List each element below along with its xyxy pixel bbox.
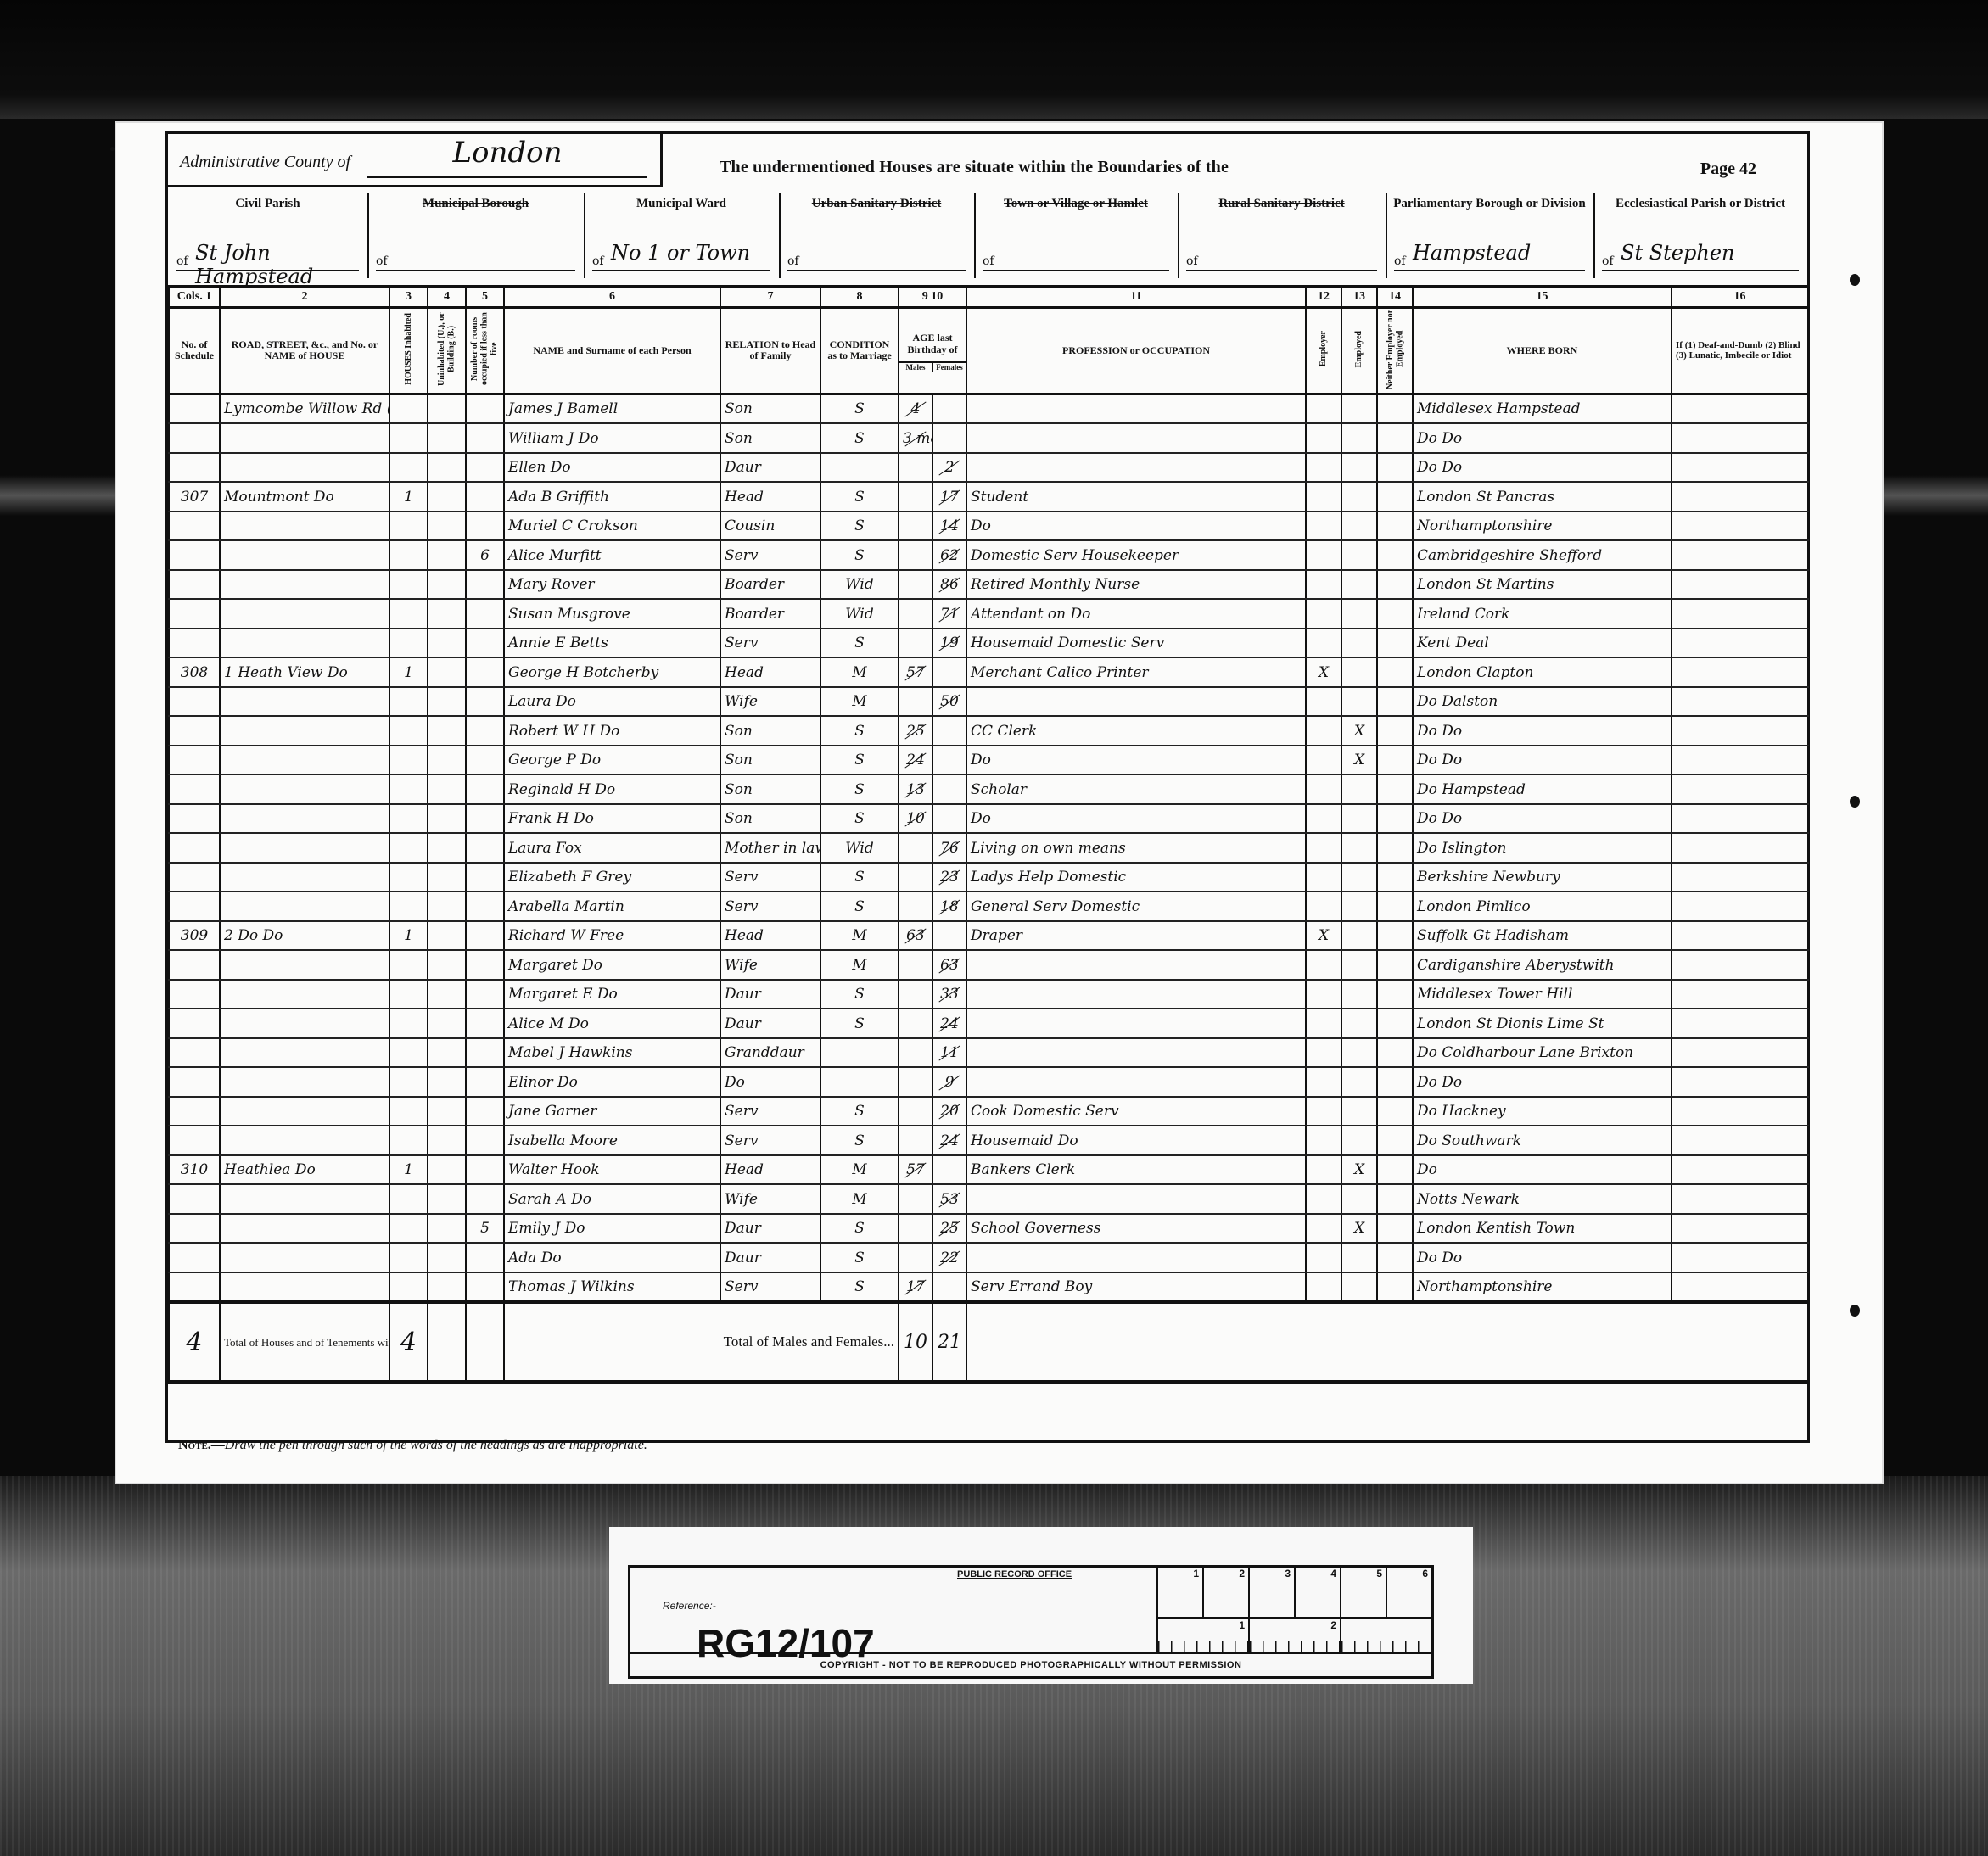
cell-age-female [932,774,966,804]
cell-infirmity [1672,570,1808,600]
cell-employed [1341,512,1377,541]
table-row: Elinor DoDo9Do Do [169,1067,1808,1097]
cell-age-female [932,716,966,746]
cell-where-born: Northamptonshire [1413,512,1672,541]
cell-neither [1377,980,1413,1009]
cell-employer [1306,482,1341,512]
cell-neither [1377,774,1413,804]
header-rooms: Number of rooms occupied if less than fi… [466,308,504,394]
cell-neither [1377,746,1413,775]
cell-employed [1341,892,1377,921]
header-age: AGE last Birthday of MalesFemales [899,308,966,394]
cell-address [220,833,389,863]
table-row: Robert W H DoSonS25CC ClerkXDo Do [169,716,1808,746]
table-row: Ellen DoDaur2Do Do [169,453,1808,483]
cell-condition [820,1038,899,1068]
punch-hole-icon [1850,796,1860,808]
cell-address [220,1184,389,1214]
table-row: Thomas J WilkinsServS17Serv Errand BoyNo… [169,1272,1808,1303]
cell-age-male: 17 [899,1272,932,1303]
cell-inhabited [389,1067,428,1097]
cell-occupation: Cook Domestic Serv [966,1097,1306,1126]
reference-label: Reference:- [663,1600,716,1612]
cell-infirmity [1672,540,1808,570]
cell-employed [1341,687,1377,717]
cell-address [220,687,389,717]
cell-neither [1377,1184,1413,1214]
table-row: Susan MusgroveBoarderWid71Attendant on D… [169,599,1808,629]
cell-relation: Serv [720,1272,820,1303]
cell-age-male: 63 [899,921,932,951]
cell-uninhabited [428,863,466,892]
cell-employed [1341,394,1377,423]
cell-occupation: Ladys Help Domestic [966,863,1306,892]
cell-inhabited [389,1009,428,1038]
cell-schedule-no [169,1214,220,1244]
table-row: 3081 Heath View Do1George H BotcherbyHea… [169,657,1808,687]
cell-age-female: 19 [932,629,966,658]
cell-uninhabited [428,687,466,717]
cell-condition: M [820,657,899,687]
cell-employed [1341,921,1377,951]
table-row: 307Mountmont Do1Ada B GriffithHeadS17Stu… [169,482,1808,512]
cell-person-name: Elizabeth F Grey [504,863,720,892]
cell-occupation: Living on own means [966,833,1306,863]
cell-relation: Head [720,921,820,951]
cell-infirmity [1672,1126,1808,1155]
cell-uninhabited [428,1155,466,1185]
cell-where-born: London Pimlico [1413,892,1672,921]
cell-infirmity [1672,1038,1808,1068]
cell-employer [1306,394,1341,423]
cell-schedule-no [169,687,220,717]
cell-employed: X [1341,746,1377,775]
cell-rooms [466,804,504,834]
cell-address [220,423,389,453]
cell-condition [820,1067,899,1097]
ruler-mark: 6 [1387,1568,1433,1617]
table-row: Alice M DoDaurS24London St Dionis Lime S… [169,1009,1808,1038]
cell-employer [1306,687,1341,717]
cell-age-male [899,863,932,892]
cell-address: Heathlea Do [220,1155,389,1185]
cell-age-female: 71 [932,599,966,629]
cell-where-born: Do Coldharbour Lane Brixton [1413,1038,1672,1068]
cell-uninhabited [428,512,466,541]
cell-person-name: Alice M Do [504,1009,720,1038]
cell-address [220,716,389,746]
cell-person-name: Ada B Griffith [504,482,720,512]
cell-employer [1306,512,1341,541]
cell-relation: Serv [720,629,820,658]
cell-employer [1306,1243,1341,1272]
cell-occupation: Attendant on Do [966,599,1306,629]
cell-neither [1377,1272,1413,1303]
cell-neither [1377,1067,1413,1097]
cell-condition: Wid [820,833,899,863]
cell-infirmity [1672,1067,1808,1097]
cell-person-name: Mary Rover [504,570,720,600]
cell-infirmity [1672,746,1808,775]
cell-employed [1341,1126,1377,1155]
cell-employer [1306,423,1341,453]
cell-occupation [966,1067,1306,1097]
scale-ruler: 123456 12 [1156,1568,1433,1654]
cell-person-name: James J Bamell [504,394,720,423]
cell-person-name: Arabella Martin [504,892,720,921]
cell-employer [1306,1067,1341,1097]
cell-age-male [899,1097,932,1126]
cell-schedule-no [169,863,220,892]
cell-age-female [932,804,966,834]
cell-age-female: 24 [932,1126,966,1155]
cell-occupation: Draper [966,921,1306,951]
cell-where-born: Middlesex Tower Hill [1413,980,1672,1009]
cell-rooms [466,1184,504,1214]
cell-condition: S [820,1243,899,1272]
cell-relation: Wife [720,950,820,980]
cell-employer [1306,746,1341,775]
cell-occupation [966,453,1306,483]
cell-address [220,1097,389,1126]
cell-person-name: Laura Do [504,687,720,717]
header-employed: Employed [1341,308,1377,394]
cell-neither [1377,687,1413,717]
cell-uninhabited [428,453,466,483]
cell-rooms [466,599,504,629]
cell-inhabited: 1 [389,1155,428,1185]
total-houses-label: Total of Houses and of Tenements with le… [220,1302,389,1383]
ruler-mark [1341,1619,1433,1654]
cell-age-female: 17 [932,482,966,512]
cell-condition: S [820,512,899,541]
cell-neither [1377,453,1413,483]
cell-employer [1306,453,1341,483]
cell-uninhabited [428,1214,466,1244]
cell-relation: Do [720,1067,820,1097]
total-males-females-label: Total of Males and Females... [504,1302,899,1383]
cell-person-name: Frank H Do [504,804,720,834]
cell-employer: X [1306,921,1341,951]
table-row: Mary RoverBoarderWid86Retired Monthly Nu… [169,570,1808,600]
cell-employer [1306,599,1341,629]
cell-rooms [466,1009,504,1038]
cell-age-female: 22 [932,1243,966,1272]
cell-age-female: 14 [932,512,966,541]
cell-schedule-no [169,892,220,921]
table-row: George P DoSonS24DoXDo Do [169,746,1808,775]
cell-age-male [899,453,932,483]
cell-address: Mountmont Do [220,482,389,512]
cell-age-male [899,1214,932,1244]
cell-address [220,950,389,980]
table-row: Margaret DoWifeM63Cardiganshire Aberystw… [169,950,1808,980]
table-row: Margaret E DoDaurS33Middlesex Tower Hill [169,980,1808,1009]
cell-person-name: Susan Musgrove [504,599,720,629]
cell-relation: Daur [720,1243,820,1272]
cell-employer [1306,1214,1341,1244]
cell-relation: Serv [720,892,820,921]
cell-address [220,804,389,834]
cell-condition: S [820,892,899,921]
admin-county-label: Administrative County of [180,153,350,172]
cell-rooms [466,980,504,1009]
cell-schedule-no [169,980,220,1009]
cell-relation: Mother in law [720,833,820,863]
cell-schedule-no [169,1243,220,1272]
cell-infirmity [1672,950,1808,980]
cell-where-born: Do Southwark [1413,1126,1672,1155]
cell-neither [1377,1097,1413,1126]
cell-condition: Wid [820,570,899,600]
cell-age-female: 20 [932,1097,966,1126]
cell-employed: X [1341,716,1377,746]
cell-occupation [966,394,1306,423]
cell-address [220,1038,389,1068]
cell-condition: S [820,1272,899,1303]
cell-age-female: 86 [932,570,966,600]
cell-age-female: 53 [932,1184,966,1214]
cell-relation: Son [720,394,820,423]
cell-infirmity [1672,1184,1808,1214]
cell-employed [1341,1067,1377,1097]
cell-inhabited [389,1097,428,1126]
cell-occupation: General Serv Domestic [966,892,1306,921]
cell-relation: Wife [720,1184,820,1214]
header-where-born: WHERE BORN [1413,308,1672,394]
cell-schedule-no: 308 [169,657,220,687]
cell-inhabited: 1 [389,921,428,951]
cell-employed [1341,774,1377,804]
cell-where-born: Middlesex Hampstead [1413,394,1672,423]
cell-person-name: Richard W Free [504,921,720,951]
cell-where-born: Northamptonshire [1413,1272,1672,1303]
cell-condition: S [820,746,899,775]
cell-employer [1306,774,1341,804]
cell-inhabited [389,453,428,483]
cell-rooms [466,1126,504,1155]
cell-neither [1377,1009,1413,1038]
cell-employed [1341,1097,1377,1126]
cell-employed [1341,629,1377,658]
cell-employed [1341,1038,1377,1068]
header-condition: CONDITION as to Marriage [820,308,899,394]
cell-uninhabited [428,1272,466,1303]
cell-uninhabited [428,833,466,863]
cell-occupation [966,1184,1306,1214]
copyright-notice: COPYRIGHT - NOT TO BE REPRODUCED PHOTOGR… [630,1652,1431,1676]
boundaries-heading: The undermentioned Houses are situate wi… [720,158,1229,177]
cell-address [220,1272,389,1303]
cell-address [220,863,389,892]
cell-employed [1341,1243,1377,1272]
cell-rooms [466,512,504,541]
cell-rooms [466,570,504,600]
total-inhabited: 4 [389,1302,428,1383]
cell-rooms [466,921,504,951]
table-row: Sarah A DoWifeM53Notts Newark [169,1184,1808,1214]
cell-neither [1377,657,1413,687]
cell-where-born: Do Hampstead [1413,774,1672,804]
cell-person-name: Sarah A Do [504,1184,720,1214]
reference-card: PUBLIC RECORD OFFICE Reference:- RG12/10… [609,1527,1473,1684]
cell-occupation: Domestic Serv Housekeeper [966,540,1306,570]
cell-occupation: Housemaid Domestic Serv [966,629,1306,658]
cell-occupation: Do [966,804,1306,834]
cell-age-male [899,1067,932,1097]
cell-age-male: 57 [899,657,932,687]
cell-rooms [466,657,504,687]
cell-occupation [966,1009,1306,1038]
cell-uninhabited [428,1067,466,1097]
cell-condition: S [820,540,899,570]
cell-age-female: 2 [932,453,966,483]
cell-rooms [466,746,504,775]
cell-where-born: Do Dalston [1413,687,1672,717]
cell-age-female: 62 [932,540,966,570]
cell-age-male [899,687,932,717]
table-row: 310Heathlea Do1Walter HookHeadM57Bankers… [169,1155,1808,1185]
cell-uninhabited [428,1126,466,1155]
census-table: Cols. 1 2 3 4 5 6 7 8 9 10 11 12 13 14 1… [168,285,1807,1384]
cell-relation: Son [720,716,820,746]
cell-rooms [466,1038,504,1068]
cell-where-born: Suffolk Gt Hadisham [1413,921,1672,951]
district-civil-parish: Civil Parish St John Hampstead [168,193,369,278]
cell-age-male: 3 months [899,423,932,453]
census-page: Administrative County of London The unde… [115,121,1884,1484]
cell-inhabited [389,746,428,775]
cell-where-born: London Clapton [1413,657,1672,687]
cell-where-born: Cambridgeshire Shefford [1413,540,1672,570]
table-row: Elizabeth F GreyServS23Ladys Help Domest… [169,863,1808,892]
table-row: Frank H DoSonS10DoDo Do [169,804,1808,834]
cell-schedule-no [169,1038,220,1068]
cell-infirmity [1672,657,1808,687]
cell-employer: X [1306,657,1341,687]
cell-address [220,774,389,804]
cell-schedule-no [169,804,220,834]
cell-where-born: Notts Newark [1413,1184,1672,1214]
cell-infirmity [1672,863,1808,892]
total-males: 10 [899,1302,932,1383]
cell-rooms: 6 [466,540,504,570]
cell-condition [820,453,899,483]
header-address: ROAD, STREET, &c., and No. or NAME of HO… [220,308,389,394]
cell-employed: X [1341,1155,1377,1185]
cell-address [220,1009,389,1038]
cell-occupation [966,687,1306,717]
administrative-county: Administrative County of London [168,134,663,187]
cell-age-male: 24 [899,746,932,775]
cell-occupation [966,423,1306,453]
cell-address [220,892,389,921]
cell-condition: Wid [820,599,899,629]
cell-address [220,1067,389,1097]
district-town-village: Town or Village or Hamlet [974,193,1179,278]
cell-where-born: Do Do [1413,804,1672,834]
cell-neither [1377,833,1413,863]
cell-schedule-no [169,599,220,629]
header-uninhabited: Uninhabited (U.), or Building (B.) [428,308,466,394]
cell-employed [1341,833,1377,863]
cell-age-female [932,394,966,423]
cell-schedule-no [169,1067,220,1097]
cell-employer [1306,1272,1341,1303]
cell-employer [1306,950,1341,980]
cell-age-female [932,921,966,951]
cell-person-name: Jane Garner [504,1097,720,1126]
cell-age-female: 50 [932,687,966,717]
cell-inhabited [389,833,428,863]
cell-person-name: Laura Fox [504,833,720,863]
cell-inhabited [389,512,428,541]
cell-inhabited [389,599,428,629]
cell-neither [1377,423,1413,453]
cell-person-name: George P Do [504,746,720,775]
cell-infirmity [1672,512,1808,541]
cell-address [220,599,389,629]
cell-uninhabited [428,1184,466,1214]
table-row: Annie E BettsServS19Housemaid Domestic S… [169,629,1808,658]
cell-employer [1306,1097,1341,1126]
cell-relation: Serv [720,1126,820,1155]
cell-relation: Daur [720,453,820,483]
cell-address [220,570,389,600]
table-row: 3092 Do Do1Richard W FreeHeadM63DraperXS… [169,921,1808,951]
cell-schedule-no [169,629,220,658]
cell-where-born: Cardiganshire Aberystwith [1413,950,1672,980]
cell-infirmity [1672,423,1808,453]
cell-age-male [899,512,932,541]
cell-occupation [966,980,1306,1009]
cell-employer [1306,1126,1341,1155]
cell-relation: Son [720,774,820,804]
cell-infirmity [1672,1243,1808,1272]
cell-neither [1377,1155,1413,1185]
header-occupation: PROFESSION or OCCUPATION [966,308,1306,394]
table-row: Reginald H DoSonS13ScholarDo Hampstead [169,774,1808,804]
cell-uninhabited [428,570,466,600]
cell-infirmity [1672,482,1808,512]
cell-infirmity [1672,1214,1808,1244]
district-ecclesiastical: Ecclesiastical Parish or District St Ste… [1593,193,1807,278]
cell-occupation [966,1243,1306,1272]
cell-age-male [899,629,932,658]
cell-rooms [466,687,504,717]
ruler-mark: 2 [1250,1619,1341,1654]
cell-neither [1377,629,1413,658]
cell-occupation: Housemaid Do [966,1126,1306,1155]
cell-age-female: 63 [932,950,966,980]
cell-employed [1341,1272,1377,1303]
cell-condition: M [820,1155,899,1185]
cell-neither [1377,570,1413,600]
cell-infirmity [1672,833,1808,863]
cell-schedule-no [169,512,220,541]
cell-age-female [932,657,966,687]
cell-age-female [932,746,966,775]
cell-employer [1306,833,1341,863]
margin-mark [110,147,115,151]
table-row: Lymcombe Willow Rd (cont'd)James J Bamel… [169,394,1808,423]
cell-schedule-no [169,950,220,980]
cell-employer [1306,863,1341,892]
cell-uninhabited [428,921,466,951]
cell-person-name: Margaret Do [504,950,720,980]
cell-employer [1306,804,1341,834]
cell-person-name: Margaret E Do [504,980,720,1009]
